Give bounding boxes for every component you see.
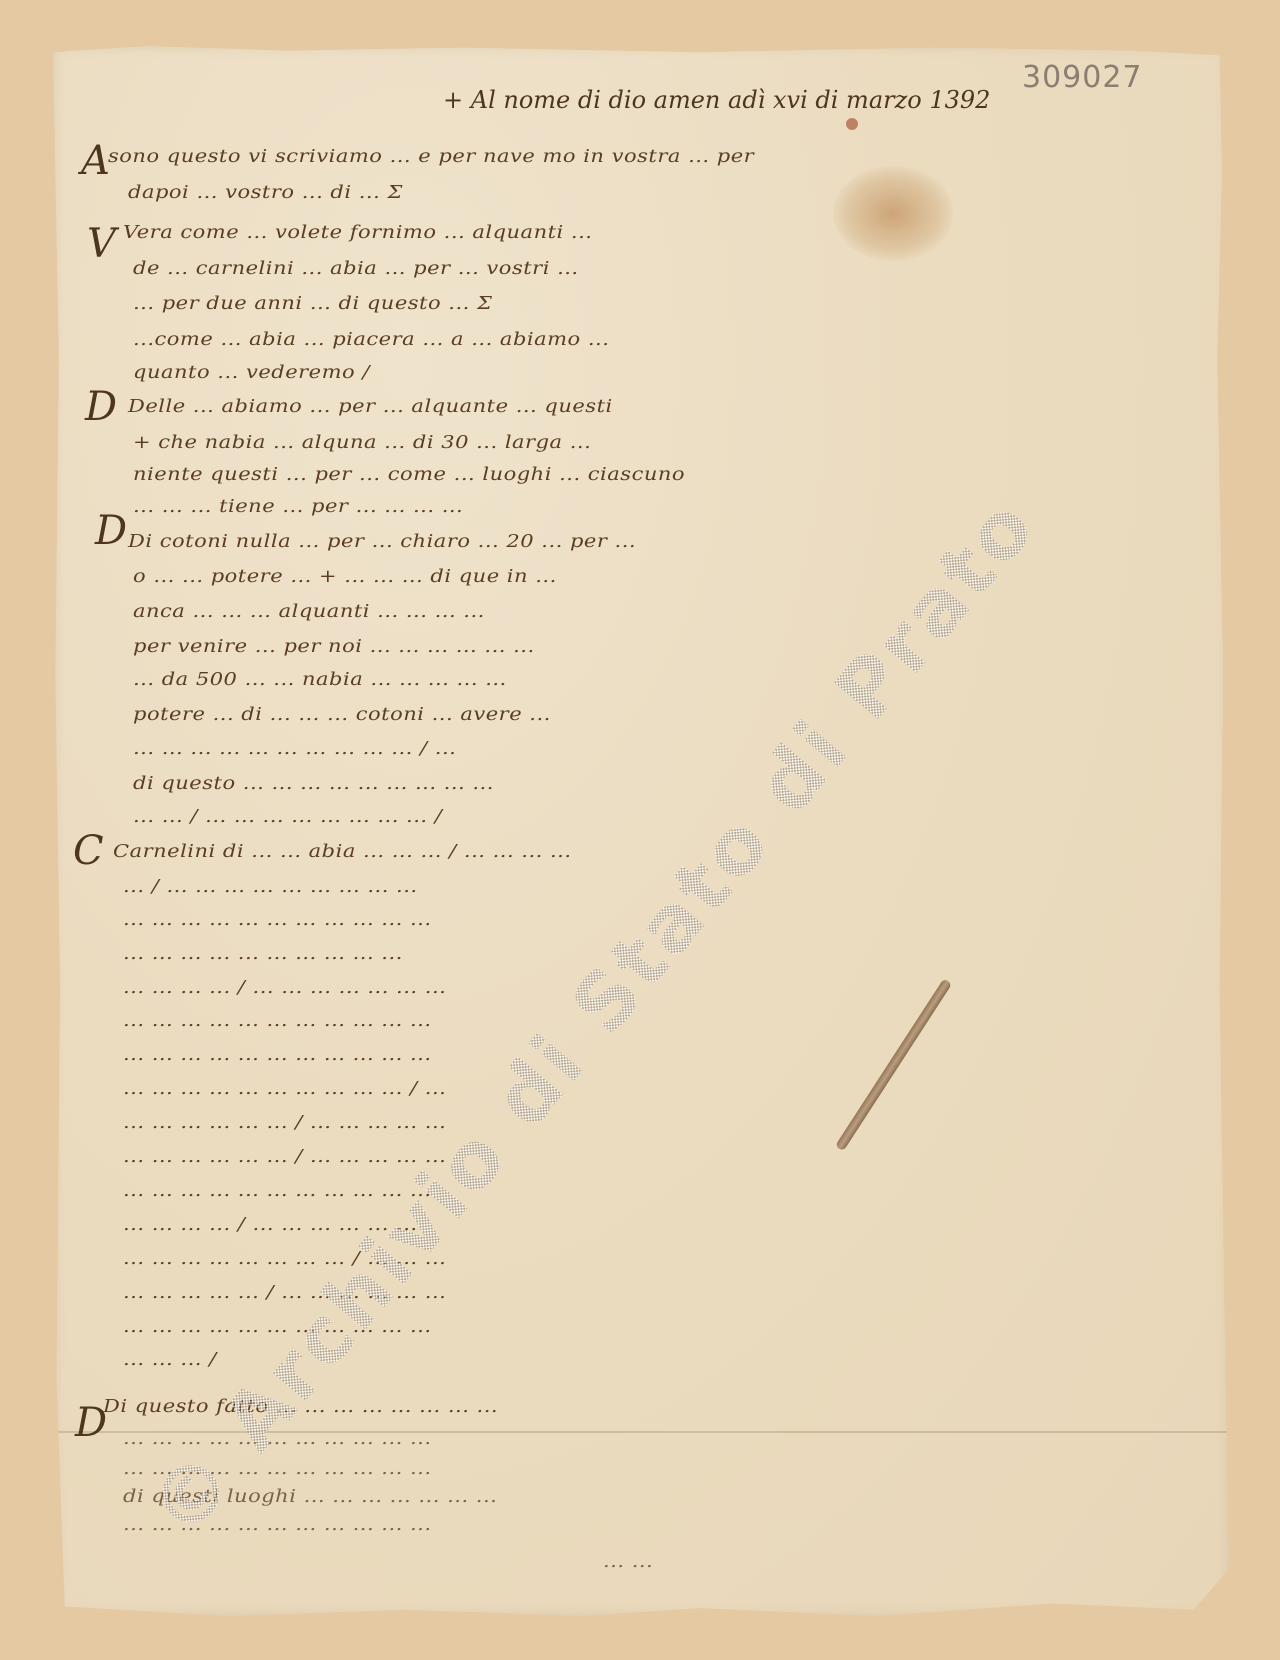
text-line: niente questi ... per ... come ... luogh… xyxy=(133,464,685,484)
text-line: ... ... ... ... ... ... / ... ... ... ..… xyxy=(123,1112,446,1132)
text-line: sono questo vi scriviamo ... e per nave … xyxy=(108,146,754,166)
text-line: ... ... ... tiene ... per ... ... ... ..… xyxy=(133,496,463,516)
text-line: o ... ... potere ... + ... ... ... di qu… xyxy=(133,566,557,586)
text-line: di questi luoghi ... ... ... ... ... ...… xyxy=(123,1486,497,1506)
text-line: ... da 500 ... ... nabia ... ... ... ...… xyxy=(133,669,507,689)
text-line: ...come ... abia ... piacera ... a ... a… xyxy=(133,329,609,349)
text-line: ... ... ... ... ... ... ... ... ... ... … xyxy=(123,1316,432,1336)
text-line: quanto ... vederemo / xyxy=(133,362,370,382)
text-line: ... ... ... ... ... ... ... ... ... ... … xyxy=(123,1458,432,1478)
text-line: ... ... ... ... ... ... ... ... ... ... … xyxy=(123,1514,432,1534)
text-line: Vera come ... volete fornimo ... alquant… xyxy=(123,222,592,242)
text-line: + che nabia ... alquna ... di 30 ... lar… xyxy=(133,432,591,452)
text-line: ... ... ... ... ... ... ... ... ... ... … xyxy=(123,1078,446,1098)
text-line: ... ... ... / xyxy=(123,1349,217,1369)
text-line: ... ... ... ... ... / ... ... ... ... ..… xyxy=(123,1282,446,1302)
text-line: ... ... ... ... ... ... ... ... ... ... … xyxy=(133,738,456,758)
text-line: ... ... xyxy=(603,1551,653,1571)
text-line: ... ... ... ... ... ... ... ... / ... ..… xyxy=(123,1248,446,1268)
text-line: ... ... ... ... ... ... ... ... ... ... … xyxy=(123,1010,432,1030)
text-line: ... ... ... ... ... ... ... ... ... ... xyxy=(123,943,403,963)
text-line: ... ... ... ... ... ... / ... ... ... ..… xyxy=(123,1146,446,1166)
text-line: per venire ... per noi ... ... ... ... .… xyxy=(133,636,535,656)
text-line: ... ... ... ... / ... ... ... ... ... ..… xyxy=(123,977,446,997)
text-line: ... ... ... ... ... ... ... ... ... ... … xyxy=(123,1180,432,1200)
text-line: ... ... ... ... ... ... ... ... ... ... … xyxy=(123,1428,432,1448)
text-line: ... per due anni ... di questo ... Σ xyxy=(133,293,492,313)
text-line: anca ... ... ... alquanti ... ... ... ..… xyxy=(133,601,485,621)
text-line: de ... carnelini ... abia ... per ... vo… xyxy=(133,258,579,278)
text-line: di questo ... ... ... ... ... ... ... ..… xyxy=(133,773,494,793)
text-line: ... / ... ... ... ... ... ... ... ... ..… xyxy=(123,876,418,896)
text-line: Carnelini di ... ... abia ... ... ... / … xyxy=(113,841,572,861)
text-line: ... ... ... ... ... ... ... ... ... ... … xyxy=(123,1044,432,1064)
manuscript-page: 309027 + Al nome di dio amen adì xvi di … xyxy=(53,46,1229,1616)
text-line: Di cotoni nulla ... per ... chiaro ... 2… xyxy=(128,531,636,551)
text-line: ... ... / ... ... ... ... ... ... ... ..… xyxy=(133,806,442,826)
text-line: ... ... ... ... ... ... ... ... ... ... … xyxy=(123,909,432,929)
letter-body: sono questo vi scriviamo ... e per nave … xyxy=(53,46,1229,1616)
text-line: ... ... ... ... / ... ... ... ... ... ..… xyxy=(123,1214,418,1234)
text-line: Di questo fatto ... ... ... ... ... ... … xyxy=(103,1396,498,1416)
text-line: potere ... di ... ... ... cotoni ... ave… xyxy=(133,704,551,724)
text-line: Delle ... abiamo ... per ... alquante ..… xyxy=(128,396,613,416)
text-line: dapoi ... vostro ... di ... Σ xyxy=(128,182,403,202)
